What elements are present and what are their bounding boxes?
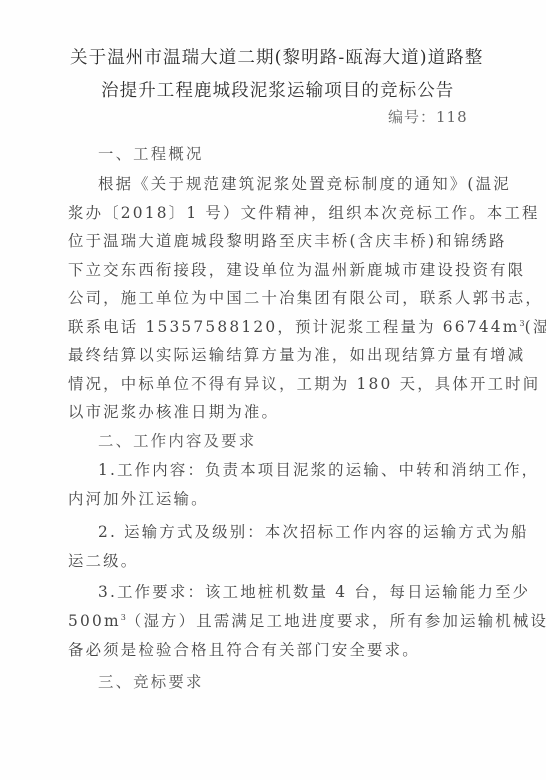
item-3-line-2: 500m3（湿方）且需满足工地进度要求，所有参加运输机械设 [68, 609, 546, 631]
paragraph-line: 公司，施工单位为中国二十冶集团有限公司，联系人郭书志， [68, 286, 543, 308]
item-3-line-1: 3.工作要求：该工地桩机数量 4 台，每日运输能力至少 [98, 580, 530, 602]
daily-volume: 500m [68, 612, 121, 630]
contact-volume-text: 联系电话 15357588120，预计泥浆工程量为 66744m [68, 318, 520, 336]
paragraph-line: 以市泥浆办核准日期为准。 [68, 400, 279, 422]
volume-suffix: (湿方)， [525, 318, 546, 336]
item-1-line-2: 内河加外江运输。 [68, 487, 209, 509]
document-title-line-2: 治提升工程鹿城段泥浆运输项目的竞标公告 [101, 77, 454, 102]
paragraph-line: 情况，中标单位不得有异议，工期为 180 天，具体开工时间 [68, 372, 540, 394]
serial-number: 编号：118 [388, 106, 468, 127]
item-2-line-1: 2. 运输方式及级别：本次招标工作内容的运输方式为船 [98, 520, 529, 542]
section-heading-work-content: 二、工作内容及要求 [98, 429, 256, 451]
item-1-line-1: 1.工作内容：负责本项目泥浆的运输、中转和消纳工作， [98, 458, 539, 480]
section-heading-overview: 一、工程概况 [98, 142, 204, 164]
serial-value: 118 [436, 108, 468, 126]
paragraph-line: 位于温瑞大道鹿城段黎明路至庆丰桥(含庆丰桥)和锦绣路 [68, 229, 507, 251]
paragraph-line: 最终结算以实际运输结算方量为准，如出现结算方量有增减 [68, 343, 525, 365]
item-3-line-2-rest: （湿方）且需满足工地进度要求，所有参加运输机械设 [126, 612, 546, 630]
paragraph-line: 根据《关于规范建筑泥浆处置竞标制度的通知》(温泥 [98, 172, 511, 194]
paragraph-line: 下立交东西衔接段，建设单位为温州新鹿城市建设投资有限 [68, 258, 525, 280]
document-page: 关于温州市温瑞大道二期(黎明路-瓯海大道)道路整 治提升工程鹿城段泥浆运输项目的… [0, 0, 546, 780]
paragraph-line: 联系电话 15357588120，预计泥浆工程量为 66744m3(湿方)， [68, 315, 546, 337]
section-heading-bid-requirements: 三、竞标要求 [98, 670, 204, 692]
serial-label: 编号： [388, 108, 436, 126]
item-3-line-3: 备必须是检验合格且符合有关部门安全要求。 [68, 638, 420, 660]
document-title-line-1: 关于温州市温瑞大道二期(黎明路-瓯海大道)道路整 [70, 44, 483, 69]
item-2-line-2: 运二级。 [68, 549, 138, 571]
paragraph-line: 浆办〔2018〕1 号）文件精神，组织本次竞标工作。本工程 [68, 201, 540, 223]
